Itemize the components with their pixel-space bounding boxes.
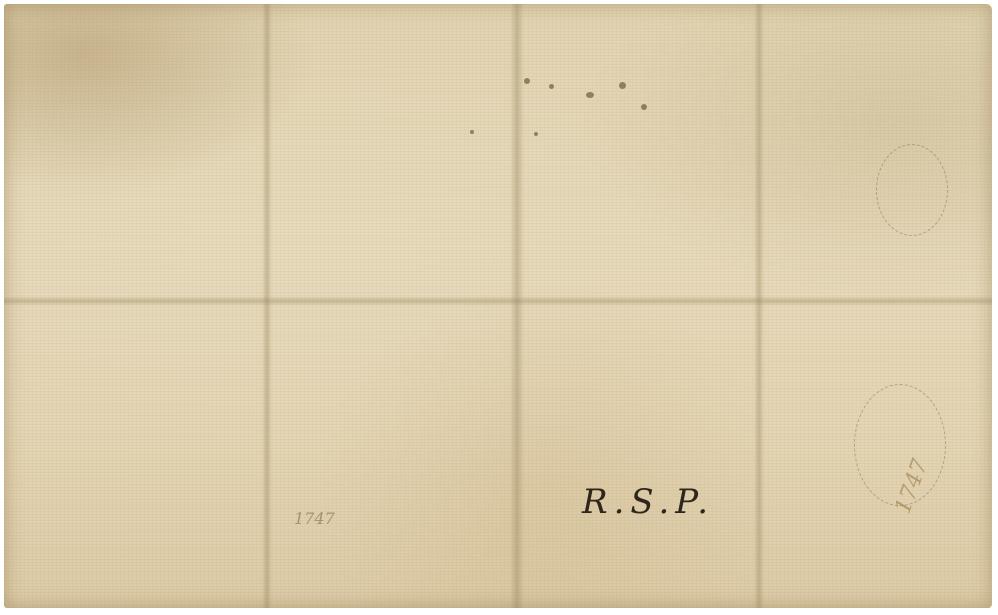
faint-mark: 1747	[294, 509, 335, 528]
stain-spot	[470, 130, 474, 134]
stain-spot	[619, 82, 626, 89]
vertical-fold-line	[754, 4, 764, 608]
paper-texture	[4, 4, 992, 608]
stain-spot	[524, 78, 530, 84]
stain-spot	[549, 84, 554, 89]
horizontal-fold-line	[4, 296, 992, 306]
stain-spot	[586, 92, 594, 98]
center-vertical-fold-line	[510, 4, 524, 608]
handwritten-initials: R.S.P.	[582, 482, 714, 522]
vertical-fold-line	[262, 4, 272, 608]
aged-paper-note: 1747 1747 R.S.P.	[4, 4, 992, 608]
stain-spot	[534, 132, 538, 136]
faint-pencil-sketch	[876, 144, 948, 236]
stain-spot	[641, 104, 647, 110]
